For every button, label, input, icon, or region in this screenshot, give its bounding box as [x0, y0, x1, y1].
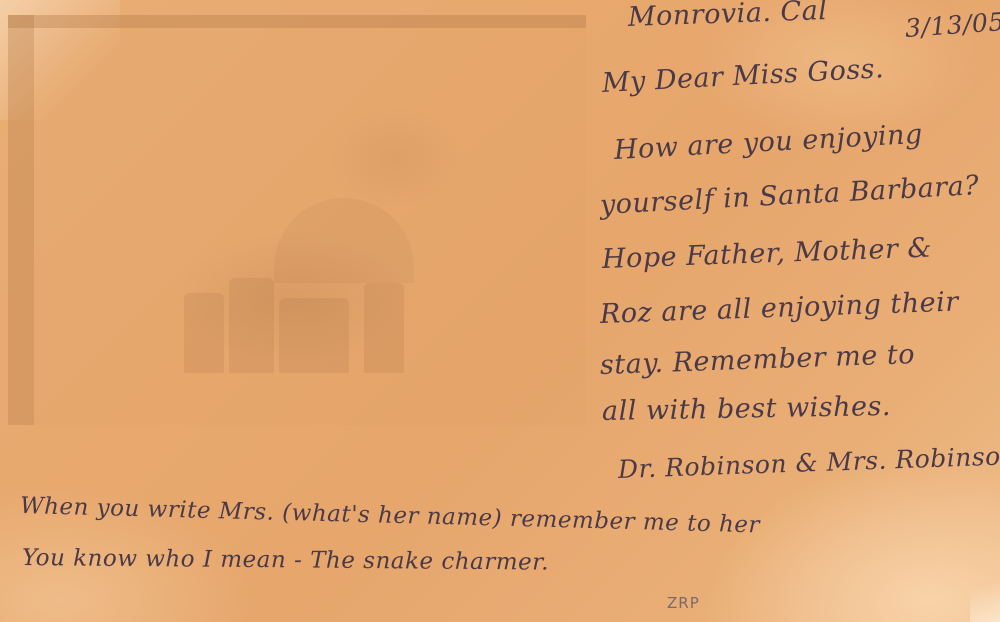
- salutation: My Dear Miss Goss.: [601, 53, 885, 99]
- faded-photo-image: [34, 28, 586, 425]
- postscript-line: You know who I mean - The snake charmer.: [22, 545, 549, 576]
- faded-photo-frame-top: [8, 15, 586, 28]
- postscript-line: When you write Mrs. (what's her name) re…: [20, 493, 761, 538]
- pencil-annotation: ZRP: [667, 594, 700, 612]
- worn-corner: [970, 562, 1000, 622]
- body-line: stay. Remember me to: [599, 339, 915, 381]
- signature: Dr. Robinson & Mrs. Robinson: [617, 441, 1000, 484]
- faded-figure: [184, 293, 224, 373]
- body-line: yourself in Santa Barbara?: [599, 170, 980, 221]
- faded-photo-frame-left: [8, 15, 34, 425]
- faded-figure: [229, 278, 274, 373]
- faded-archway: [274, 198, 414, 283]
- header-place: Monrovia. Cal: [627, 0, 827, 33]
- body-line: How are you enjoying: [613, 119, 923, 166]
- faded-figure: [279, 298, 349, 373]
- header-date: 3/13/05: [904, 7, 1000, 43]
- faded-figure: [364, 283, 404, 373]
- body-line: Roz are all enjoying their: [599, 286, 959, 330]
- body-line: all with best wishes.: [602, 391, 891, 427]
- body-line: Hope Father, Mother &: [601, 232, 932, 275]
- postcard: Monrovia. Cal 3/13/05 My Dear Miss Goss.…: [0, 0, 1000, 622]
